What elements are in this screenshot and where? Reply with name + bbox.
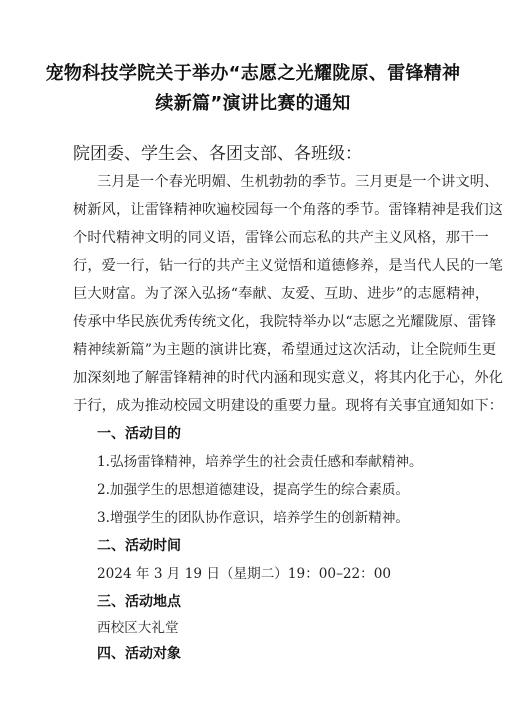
- purpose-item: 2.加强学生的思想道德建设，提高学生的综合素质。: [97, 480, 409, 500]
- intro-paragraph-line: 加深刻地了解雷锋精神的时代内涵和现实意义，将其内化于心，外化: [73, 368, 503, 388]
- section-heading-location: 三、活动地点: [97, 592, 181, 612]
- document-page: 宠物科技学院关于举办“志愿之光耀陇原、雷锋精神 续新篇”演讲比赛的通知 院团委、…: [0, 0, 506, 720]
- event-time: 2024 年 3 月 19 日（星期二）19：00–22：00: [97, 564, 391, 584]
- salutation: 院团委、学生会、各团支部、各班级：: [73, 142, 362, 166]
- event-location: 西校区大礼堂: [97, 618, 179, 638]
- section-heading-purpose: 一、活动目的: [97, 424, 181, 444]
- intro-paragraph-line: 精神续新篇”为主题的演讲比赛，希望通过这次活动，让全院师生更: [73, 340, 496, 360]
- document-title-line-1: 宠物科技学院关于举办“志愿之光耀陇原、雷锋精神: [40, 59, 466, 89]
- section-heading-time: 二、活动时间: [97, 536, 181, 556]
- intro-paragraph-line: 于行，成为推动校园文明建设的重要力量。现将有关事宜通知如下：: [73, 396, 503, 416]
- section-heading-audience: 四、活动对象: [97, 644, 181, 664]
- purpose-item: 1.弘扬雷锋精神，培养学生的社会责任感和奉献精神。: [97, 452, 423, 472]
- intro-paragraph-line: 树新风，让雷锋精神吹遍校园每一个角落的季节。雷锋精神是我们这: [73, 200, 503, 220]
- intro-paragraph-line: 个时代精神文明的同义语，雷锋公而忘私的共产主义风格，那干一: [73, 228, 489, 248]
- intro-paragraph-line: 行，爱一行，钻一行的共产主义觉悟和道德修养，是当代人民的一笔: [73, 256, 503, 276]
- purpose-item: 3.增强学生的团队协作意识，培养学生的创新精神。: [97, 508, 409, 528]
- intro-paragraph-line: 传承中华民族优秀传统文化，我院特举办以“志愿之光耀陇原、雷锋: [73, 312, 496, 332]
- intro-paragraph-line: 巨大财富。为了深入弘扬“奉献、友爱、互助、进步”的志愿精神，: [73, 284, 489, 304]
- intro-paragraph-line: 三月是一个春光明媚、生机勃勃的季节。三月更是一个讲文明、: [97, 172, 498, 192]
- document-title-line-2: 续新篇”演讲比赛的通知: [40, 89, 466, 119]
